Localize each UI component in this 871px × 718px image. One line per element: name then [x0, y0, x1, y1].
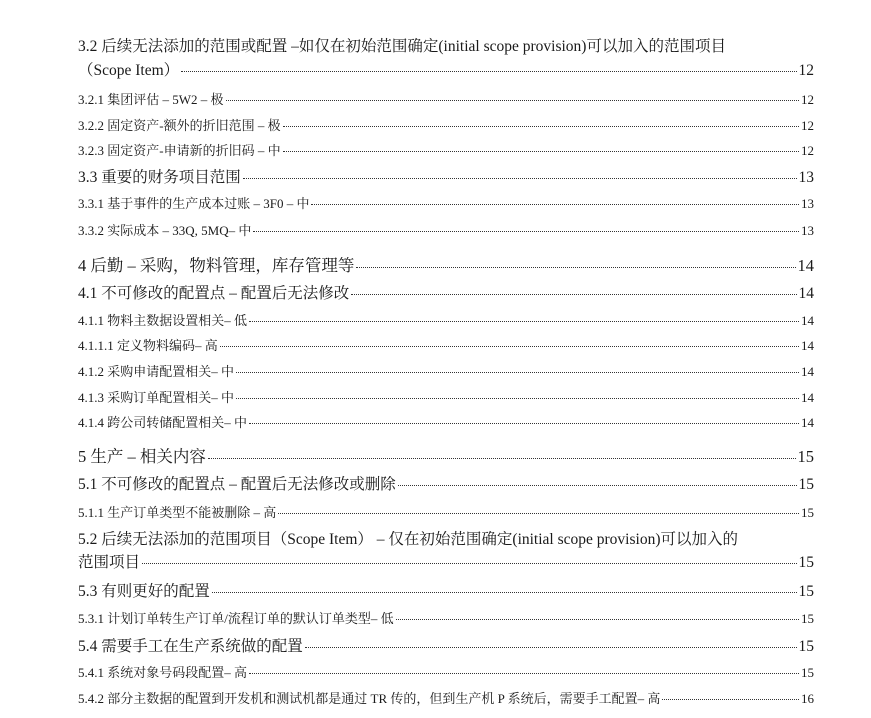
dot-leader: [396, 606, 799, 620]
toc-entry-title: 5.4.2 部分主数据的配置到开发机和测试机都是通过 TR 传的，但到生产机 P…: [78, 688, 660, 707]
toc-entry-5[interactable]: 5 生产 – 相关内容 15: [78, 443, 814, 467]
toc-entry-title: 3.3 重要的财务项目范围: [78, 165, 241, 187]
dot-leader: [398, 470, 797, 487]
toc-entry-title: 5.1.1 生产订单类型不能被删除 – 高: [78, 502, 276, 521]
dot-leader: [305, 632, 797, 649]
toc-entry-title: 4.1.2 采购申请配置相关– 中: [78, 361, 234, 380]
toc-page-number: 13: [801, 223, 814, 239]
toc-page-number: 14: [801, 338, 814, 354]
toc-entry-3-3[interactable]: 3.3 重要的财务项目范围 13: [78, 165, 814, 187]
toc-entry-3-2-line1[interactable]: 3.2 后续无法添加的范围或配置 –如仅在初始范围确定(initial scop…: [78, 34, 814, 56]
toc-page-number: 14: [801, 313, 814, 329]
toc-entry-title: 范围项目: [78, 550, 140, 572]
toc-entry-title: 4.1.3 采购订单配置相关– 中: [78, 387, 234, 406]
toc-page-number: 15: [798, 447, 815, 467]
toc-entry-3-2-3[interactable]: 3.2.3 固定资产-申请新的折旧码 – 中 12: [78, 140, 814, 159]
dot-leader: [249, 660, 799, 674]
toc-entry-4-1-3[interactable]: 4.1.3 采购订单配置相关– 中 14: [78, 387, 814, 406]
toc-entry-4-1-1-1[interactable]: 4.1.1.1 定义物料编码– 高 14: [78, 335, 814, 354]
toc-page-number: 13: [799, 169, 815, 187]
toc-page-number: 12: [801, 143, 814, 159]
toc-entry-3-2[interactable]: （Scope Item） 12: [78, 58, 814, 80]
dot-leader: [236, 385, 799, 399]
dot-leader: [662, 686, 799, 700]
toc-entry-5-4-2[interactable]: 5.4.2 部分主数据的配置到开发机和测试机都是通过 TR 传的，但到生产机 P…: [78, 688, 814, 707]
toc-entry-title: 5.1 不可修改的配置点 – 配置后无法修改或删除: [78, 472, 396, 494]
toc-page-number: 12: [801, 92, 814, 108]
toc-page-number: 12: [799, 62, 815, 80]
dot-leader: [283, 138, 799, 152]
toc-entry-title: 4.1.1 物料主数据设置相关– 低: [78, 310, 247, 329]
toc-page-number: 14: [801, 390, 814, 406]
toc-entry-4[interactable]: 4 后勤 – 采购，物料管理，库存管理等 14: [78, 252, 814, 276]
dot-leader: [181, 56, 796, 73]
dot-leader: [212, 577, 797, 594]
dot-leader: [208, 442, 796, 460]
toc-entry-5-3[interactable]: 5.3 有则更好的配置 15: [78, 579, 814, 601]
toc-entry-4-1-4[interactable]: 4.1.4 跨公司转储配置相关– 中 14: [78, 412, 814, 431]
toc-entry-title: 3.3.1 基于事件的生产成本过账 – 3F0 – 中: [78, 193, 309, 212]
toc-entry-3-2-1[interactable]: 3.2.1 集团评估 – 5W2 – 极 12: [78, 89, 814, 108]
dot-leader: [249, 410, 799, 424]
toc-page-number: 16: [801, 691, 814, 707]
toc-entry-title: 5.3.1 计划订单转生产订单/流程订单的默认订单类型– 低: [78, 608, 394, 627]
toc-page-number: 15: [801, 665, 814, 681]
toc-entry-title: 4.1.1.1 定义物料编码– 高: [78, 335, 218, 354]
toc-entry-title: 5 生产 – 相关内容: [78, 443, 206, 467]
dot-leader: [142, 548, 796, 565]
toc-entry-5-3-1[interactable]: 5.3.1 计划订单转生产订单/流程订单的默认订单类型– 低 15: [78, 608, 814, 627]
toc-entry-title: 3.2.2 固定资产-额外的折旧范围 – 极: [78, 115, 281, 134]
toc-entry-title: 5.4.1 系统对象号码段配置– 高: [78, 662, 247, 681]
toc-page-number: 15: [799, 554, 815, 572]
dot-leader: [351, 279, 796, 296]
toc-page-number: 15: [799, 583, 815, 601]
toc-entry-5-1-1[interactable]: 5.1.1 生产订单类型不能被删除 – 高 15: [78, 502, 814, 521]
dot-leader: [220, 333, 799, 347]
toc-entry-title: 4.1 不可修改的配置点 – 配置后无法修改: [78, 281, 349, 303]
toc-entry-5-4[interactable]: 5.4 需要手工在生产系统做的配置 15: [78, 634, 814, 656]
toc-entry-3-3-1[interactable]: 3.3.1 基于事件的生产成本过账 – 3F0 – 中 13: [78, 193, 814, 212]
toc-entry-title: 5.4 需要手工在生产系统做的配置: [78, 634, 303, 656]
dot-leader: [311, 191, 799, 205]
toc-entry-title: 3.2.3 固定资产-申请新的折旧码 – 中: [78, 140, 281, 159]
toc-entry-5-2[interactable]: 范围项目 15: [78, 550, 814, 572]
toc-entry-4-1-2[interactable]: 4.1.2 采购申请配置相关– 中 14: [78, 361, 814, 380]
toc-page-number: 14: [798, 256, 815, 276]
dot-leader: [278, 500, 799, 514]
toc-entry-title: 3.2.1 集团评估 – 5W2 – 极: [78, 89, 224, 108]
toc-entry-title: 4.1.4 跨公司转储配置相关– 中: [78, 412, 247, 431]
toc-page-number: 15: [801, 505, 814, 521]
toc-page-number: 15: [799, 638, 815, 656]
dot-leader: [226, 87, 799, 101]
toc-entry-title: 4 后勤 – 采购，物料管理，库存管理等: [78, 252, 354, 276]
toc-page-number: 15: [801, 611, 814, 627]
toc-page-number: 12: [801, 118, 814, 134]
toc-page-number: 14: [799, 285, 815, 303]
toc-page-number: 14: [801, 364, 814, 380]
dot-leader: [253, 218, 799, 232]
toc-page-number: 15: [799, 476, 815, 494]
toc-page-number: 13: [801, 196, 814, 212]
toc-entry-5-4-1[interactable]: 5.4.1 系统对象号码段配置– 高 15: [78, 662, 814, 681]
toc-entry-title: 5.3 有则更好的配置: [78, 579, 210, 601]
toc-entry-title: （Scope Item）: [78, 58, 179, 80]
dot-leader: [283, 113, 799, 127]
toc-entry-5-1[interactable]: 5.1 不可修改的配置点 – 配置后无法修改或删除 15: [78, 472, 814, 494]
toc-page-number: 14: [801, 415, 814, 431]
toc-entry-title: 3.3.2 实际成本 – 33Q, 5MQ– 中: [78, 220, 251, 239]
toc-entry-4-1-1[interactable]: 4.1.1 物料主数据设置相关– 低 14: [78, 310, 814, 329]
toc-entry-4-1[interactable]: 4.1 不可修改的配置点 – 配置后无法修改 14: [78, 281, 814, 303]
dot-leader: [243, 163, 797, 180]
toc-entry-5-2-line1[interactable]: 5.2 后续无法添加的范围项目（Scope Item） – 仅在初始范围确定(i…: [78, 527, 814, 549]
dot-leader: [236, 359, 799, 373]
dot-leader: [249, 308, 799, 322]
toc-entry-3-2-2[interactable]: 3.2.2 固定资产-额外的折旧范围 – 极 12: [78, 115, 814, 134]
dot-leader: [356, 251, 795, 269]
toc-entry-3-3-2[interactable]: 3.3.2 实际成本 – 33Q, 5MQ– 中 13: [78, 220, 814, 239]
